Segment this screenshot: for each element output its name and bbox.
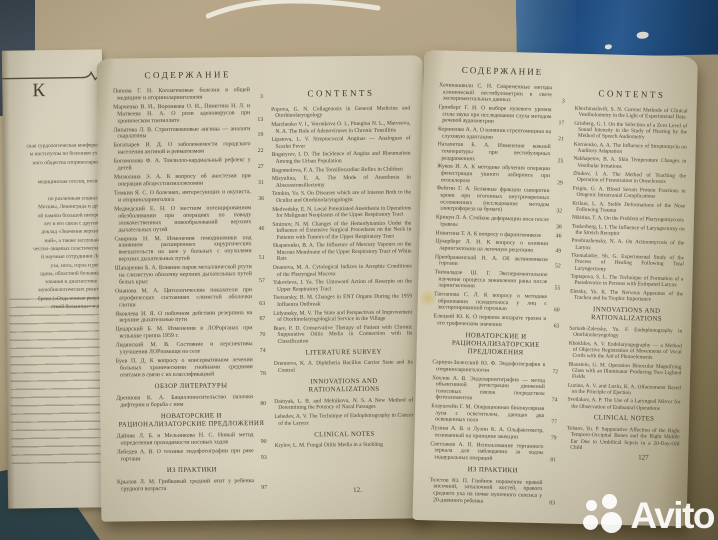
toc-entry: Popova, G. N. Collagenosis in General Me… (271, 105, 411, 119)
toc-entry: Svetlakov, A. P. The Use of a Laryngeal … (567, 397, 681, 412)
toc-entry: Buev, P. D. Conservative Therapy of Pati… (273, 324, 413, 345)
toc-entry-page: 25 (558, 158, 564, 165)
right-russian-toc: Хечинашвили С. Н. Современные методы кли… (429, 82, 565, 506)
paint-speck (605, 44, 612, 49)
toc-entry: Krikun, L. A. Stable Deformations of the… (572, 200, 686, 215)
toc-entry-title: Гринберг Г. И. О выборе нулевого уровня … (439, 104, 552, 125)
avito-wordmark: Avito (630, 497, 714, 534)
toc-entry-title: Хечинашвили С. Н. Современные методы кли… (439, 82, 552, 103)
toc-entry-title: Marchenko V. I., Voronkova O. I., Pinegi… (271, 121, 410, 135)
toc-entry-title: Drennova, K. A. Diphtheria Bacillus Carr… (274, 360, 413, 374)
toc-entry-page: 63 (554, 323, 560, 330)
toc-entry-title: Блауштейн Г. М. Операционная бинокулярна… (431, 404, 544, 424)
toc-entry: Буев П. Д. К вопросу о консервативном ле… (116, 357, 266, 379)
toc-entry-page: 29 (557, 180, 563, 187)
left-english-toc: Popova, G. N. Collagenosis in General Me… (271, 105, 415, 449)
background-text-fragment: ного общества оториноларин- (2, 158, 102, 168)
toc-entry-title: Preobrazhensky, N. A. On Actinomycosis o… (571, 238, 684, 251)
toc-entry: Лузина А. В. и Лузин К. А. Ольфактометр,… (431, 426, 557, 442)
toc-entry-title: Нахапетов Б. А. Изменения кожной темпера… (438, 142, 551, 162)
toc-entry-page: 22 (258, 148, 264, 155)
toc-entry-page: 63 (259, 300, 265, 307)
toc-entry-title: Дайняк Л. Б. и Мельникова Н. С. Новый ме… (117, 432, 254, 446)
toc-entry: Светлаков А. П. Использование гортанного… (430, 441, 556, 464)
toc-entry-title: Smirnov, N. M. Changes of the Hemodynami… (272, 220, 411, 240)
toc-entry: Дайняк Л. Б. и Мельникова Н. С. Новый ме… (117, 432, 267, 447)
toc-entry-title: Липатова Л. В. Стрептококковые ангины — … (113, 126, 250, 140)
toc-entry: Tolstov, Yu. P. Suppurative Affection of… (566, 426, 681, 454)
toc-entry-title: Буев П. Д. К вопросу о консервативном ле… (116, 357, 253, 378)
toc-entry-title: Temkin, Ya. S. On Diseases which are of … (272, 190, 411, 204)
toc-entry-title: Онанова М. А. Цитологические показатели … (115, 287, 252, 308)
toc-entry-title: Таптапова С. Л. К вопросу о методике обр… (434, 291, 547, 312)
toc-entry: Лебедев А. В. О технике эндофотографии п… (117, 448, 267, 463)
toc-section-header: INNOVATIONS AND RATIONALIZATIONS (274, 377, 414, 395)
left-russian-title: СОДЕРЖАНИЕ (113, 69, 263, 81)
toc-entry: Темкин Я. С. О болезнях, интересующих и … (114, 189, 264, 204)
toc-entry: Богатырев И. Д. О заболеваемости городск… (113, 141, 263, 156)
toc-entry-title: Лебедев А. В. О технике эндофотографии п… (117, 448, 254, 462)
toc-entry: Khechinashvili, S. N. Current Methods of… (574, 106, 688, 121)
toc-entry-title: Mizyulina, E. A. The Mode of Anesthesia … (272, 175, 411, 189)
toc-entry-title: Дреннова К. А. Бациллоносительство палоч… (116, 394, 253, 408)
toc-entry-title: Nakhapetov, B. A. Skin Temperature Chang… (573, 156, 686, 169)
background-text-fragment: медицинская сессия, посвя- (2, 177, 102, 187)
toc-section-header: INNOVATIONS AND RATIONALIZATIONS (569, 306, 683, 325)
toc-entry-page: 17 (558, 121, 564, 128)
toc-entry-page: 79 (551, 435, 557, 442)
left-page-english-column: CONTENTS Popova, G. N. Collagenosis in G… (271, 87, 415, 512)
toc-entry: Крикун Л. А. Стойкие деформации носа пос… (436, 214, 562, 230)
toc-entry-title: Крикун Л. А. Стойкие деформации носа пос… (436, 214, 549, 227)
toc-entry: Nikitina, T. A. On the Problem of Pharyn… (572, 215, 686, 224)
toc-entry: Корниенко А. А. О влиянии стрептомицина … (438, 126, 564, 142)
toc-entry: Шапаренко Б. А. Влияние паров металличес… (115, 264, 265, 286)
toc-entry: Tsukerberg, L. I. The Influence of Laryn… (572, 223, 686, 238)
toc-entry-title: Сариуш-Залесский Ю. Ф. Эндофотография в … (432, 360, 545, 374)
right-page-english-column: CONTENTS Khechinashvili, S. N. Current M… (565, 88, 689, 517)
toc-entry-page: 77 (551, 420, 557, 427)
toc-section-header: ИЗ ПРАКТИКИ (117, 466, 267, 476)
toc-entry-page: 74 (260, 348, 266, 355)
toc-entry-page: 46 (258, 225, 264, 232)
toc-entry: Липатова Л. В. Стрептококковые ангины — … (113, 126, 263, 141)
toc-entry-title: Ткемаладзе Ш. Г. Экспериментальное изуче… (434, 269, 547, 289)
toc-entry: Марченко В. И., Воронкова О. И., Пинегин… (113, 103, 263, 125)
toc-entry-title: Krylov, L. M. Fungal Otitis Media in a S… (275, 442, 383, 449)
toc-entry: Сариуш-Залесский Ю. Ф. Эндофотография в … (432, 360, 558, 376)
toc-entry-page: 78 (260, 371, 266, 378)
toc-entry: Tkemaladze, Sh. G. Experimental Study of… (571, 253, 685, 275)
toc-entry-title: Tsetsarsky, B. M. Changes in ENT Organs … (273, 294, 412, 308)
toc-entry-page: 83 (549, 500, 555, 507)
toc-entry: Елецкий Ю. К. О нервном аппарате трахеи … (433, 313, 559, 329)
toc-entry: Blaustein, G. M. Operation Binocular Mag… (568, 361, 682, 383)
toc-entry-title: Feigin, G. A. Blood Serum Protein Fracti… (573, 186, 686, 200)
toc-entry: Смирнов Н. М. Изменения гемодинамики под… (114, 235, 264, 264)
toc-entry: Dainyak, L. B. and Melnikova, N. S. A Ne… (274, 397, 414, 411)
toc-entry: Яковлева И. Я. О побочном действии резер… (115, 309, 265, 324)
toc-entry-page: 93 (261, 455, 267, 462)
toc-entry-title: Shaparenko, B. A. The Influence of Mercu… (273, 242, 412, 262)
toc-entry: Yakovleva, I. Ya. The Untoward Action of… (273, 279, 413, 293)
toc-entry-title: Мизюлина Э. А. К вопросу об анестезии пр… (114, 173, 251, 187)
toc-entry: Nakhapetov, B. A. Skin Temperature Chang… (573, 156, 687, 171)
toc-entry: Sariush-Zalessky, Yu. F. Endophotography… (569, 326, 683, 341)
toc-entry: Лидянский М. В. Состояние и перспективы … (116, 341, 266, 356)
toc-entry-title: Zhukov, I. A. The Method of Teaching the… (573, 171, 686, 186)
toc-entry-title: Богатырев И. Д. О заболеваемости городск… (113, 142, 250, 156)
toc-entry: Lipatova, L. V. Streptococcal Anginas — … (271, 136, 411, 150)
toc-entry-page: 27 (258, 164, 264, 171)
toc-entry: Крылов Л. М. Грибковый средний отит у ре… (117, 478, 267, 493)
toc-entry-page: 31 (258, 180, 264, 187)
toc-entry: Feigin, G. A. Blood Serum Protein Fracti… (572, 186, 686, 201)
toc-entry: Eletsky, Yu. K. The Nervous Apparatus of… (570, 289, 684, 304)
right-russian-title: СОДЕРЖАНИЕ (439, 64, 565, 77)
toc-entry-title: Елецкий Ю. К. О нервном аппарате трахеи … (433, 313, 546, 327)
illegible-text-lines (9, 297, 103, 466)
right-english-toc: Khechinashvili, S. N. Current Methods of… (566, 106, 688, 454)
toc-entry-page: 72 (552, 369, 558, 376)
toc-section-header: НОВАТОРСКИЕ И РАЦИОНАЛИЗАТОРСКИЕ ПРЕДЛОЖ… (433, 331, 560, 359)
toc-entry-title: Tolstov, Yu. P. Suppurative Affection of… (567, 426, 680, 451)
left-page-russian-column: СОДЕРЖАНИЕ Попова Г. Н. Коллагеновые бол… (113, 69, 268, 513)
toc-section-header: НОВАТОРСКИЕ И РАЦИОНАЛИЗАТОРСКИЕ ПРЕДЛОЖ… (116, 412, 266, 430)
toc-entry-page: 81 (550, 457, 556, 464)
toc-section-header: CLINICAL NOTES (274, 430, 414, 440)
avito-watermark: Avito (583, 494, 714, 536)
toc-entry-page: 97 (261, 485, 267, 492)
toc-entry: Попова Г. Н. Коллагеновые болезни в обще… (113, 87, 263, 102)
toc-entry: Lebedev, A. V. The Technique of Endophot… (274, 413, 414, 427)
right-page-russian-column: СОДЕРЖАНИЕ Хечинашвили С. Н. Современные… (429, 64, 566, 513)
toc-entry-title: Преображенский Н. А. Об актиномикозе гор… (435, 254, 548, 267)
background-page-edge: К А ская сурдологическая конферен-м инст… (2, 49, 108, 508)
toc-entry-title: Марченко В. И., Воронкова О. И., Пинегин… (113, 103, 250, 124)
toc-entry-title: Tkemaladze, Sh. G. Experimental Study of… (571, 253, 684, 272)
toc-entry-title: Темкин Я. С. О болезнях, интересующих и … (114, 189, 251, 203)
toc-entry-title: Lebedev, A. V. The Technique of Endophot… (274, 413, 413, 427)
right-page-number: 127 (638, 453, 649, 461)
toc-entry: Smirnov, N. M. Changes of the Hemodynami… (272, 220, 412, 241)
toc-entry-page: 3 (562, 99, 565, 106)
toc-entry-title: Лузина А. В. и Лузин К. А. Ольфактометр,… (431, 426, 544, 441)
toc-entry: Хечинашвили С. Н. Современные методы кли… (439, 82, 565, 105)
toc-entry: Marchenko V. I., Voronkova O. I., Pinegi… (271, 121, 411, 135)
toc-entry-title: Nikitina, T. A. On the Problem of Pharyn… (572, 215, 684, 224)
toc-entry-title: Krikun, L. A. Stable Deformations of the… (572, 200, 685, 213)
right-journal-page: СОДЕРЖАНИЕ Хечинашвили С. Н. Современные… (413, 50, 698, 527)
toc-entry: Цецарский Б. М. Изменения в ЛОРорганах п… (115, 325, 265, 340)
toc-entry-title: Bogatyrev, I. D. The Incidence of Angina… (272, 151, 411, 165)
toc-section-header: CLINICAL NOTES (567, 414, 681, 425)
toc-entry-page: 32 (556, 209, 562, 216)
toc-entry-title: Смирнов Н. М. Изменения гемодинамики под… (114, 235, 251, 263)
toc-entry-page: 3 (260, 94, 263, 101)
toc-entry-title: Цукерберг Л. И. К вопросу о влиянии лари… (435, 239, 548, 254)
toc-entry: Богомолова Ф. А. Тонзилло-кардиальный ре… (114, 157, 264, 172)
toc-entry: Дреннова К. А. Бациллоносительство палоч… (116, 394, 266, 409)
toc-entry-title: Sariush-Zalessky, Yu. F. Endophotography… (569, 326, 682, 339)
toc-entry-title: Blaustein, G. M. Operation Binocular Mag… (568, 361, 681, 380)
toc-entry-page: 55 (554, 286, 560, 293)
left-russian-toc: Попова Г. Н. Коллагеновые болезни в обще… (113, 87, 267, 493)
left-journal-page: СОДЕРЖАНИЕ Попова Г. Н. Коллагеновые бол… (97, 55, 428, 521)
toc-entry-title: Kornienko, A. A. The Influence of Strept… (574, 141, 687, 154)
toc-entry: Luzina, A. V. and Luzin, K. A. Olfactome… (568, 382, 682, 397)
toc-entry-title: Крылов Л. М. Грибковый средний отит у ре… (117, 478, 254, 492)
paint-speck (637, 32, 649, 39)
toc-entry-page: 80 (260, 401, 266, 408)
toc-entry: Zhukov, I. A. The Method of Teaching the… (573, 171, 687, 186)
toc-entry-title: Dainyak, L. B. and Melnikova, N. S. A Ne… (274, 397, 413, 411)
right-english-title: CONTENTS (575, 88, 689, 101)
toc-entry-title: Шапаренко Б. А. Влияние паров металличес… (115, 264, 252, 285)
toc-entry-page: 52 (555, 264, 561, 271)
toc-section-header: ОБЗОР ЛИТЕРАТУРЫ (116, 382, 266, 392)
toc-entry: Хохлов А. В. Эндоларингография — метод о… (431, 375, 558, 405)
toc-entry: Мизюлина Э. А. К вопросу об анестезии пр… (114, 173, 264, 188)
toc-entry-page: 67 (259, 316, 265, 323)
toc-entry-title: Svetlakov, A. P. The Use of a Laryngeal … (567, 397, 680, 412)
toc-entry: Цукерберг Л. И. К вопросу о влиянии лари… (435, 239, 561, 255)
toc-entry-title: Eletsky, Yu. K. The Nervous Apparatus of… (570, 289, 683, 303)
toc-entry-title: Медведский Е. Н. О местном потенцированн… (114, 205, 251, 233)
toc-entry-title: Светлаков А. П. Использование гортанного… (430, 441, 543, 462)
white-cord-object (206, 0, 381, 20)
toc-entry: Жуков И. А. К методике обучения операции… (437, 164, 563, 187)
toc-entry: Temkin, Ya. S. On Diseases which are of … (272, 190, 412, 204)
toc-entry-title: Khechinashvili, S. N. Current Methods of… (575, 106, 688, 121)
toc-entry-page: 70 (260, 332, 266, 339)
toc-entry: Mizyulina, E. A. The Mode of Anesthesia … (272, 175, 412, 189)
toc-entry-title: Жуков И. А. К методике обучения операции… (437, 164, 550, 184)
toc-entry-title: Никитина Т. А. К вопросу о фарингомикозе (435, 230, 541, 239)
toc-entry-page: 51 (259, 255, 265, 262)
toc-entry-title: Lipatova, L. V. Streptococcal Anginas — … (271, 136, 410, 150)
left-page-number: 12. (353, 486, 362, 494)
toc-entry-title: Яковлева И. Я. О побочном действии резер… (115, 310, 252, 324)
toc-entry: Onanova, M. A. Cytological Indices in At… (273, 263, 413, 277)
toc-entry: Drennova, K. A. Diphtheria Bacillus Carr… (274, 360, 414, 374)
toc-entry-page: 19 (257, 132, 263, 139)
toc-entry-title: Popova, G. N. Collagenosis in General Me… (271, 105, 410, 119)
toc-entry-title: Taptapova, S. L. The Technique of Format… (570, 274, 683, 289)
toc-entry-page: 57 (259, 278, 265, 285)
toc-entry-title: Lidyansky, M. V. The State and Perspecti… (273, 309, 412, 323)
toc-entry-title: Khokhlov, A. V. Endolaryngography — a Me… (569, 340, 682, 361)
toc-entry: Онанова М. А. Цитологические показатели … (115, 287, 265, 309)
toc-entry: Khokhlov, A. V. Endolaryngography — a Me… (568, 340, 682, 362)
toc-entry-page: 90 (261, 439, 267, 446)
left-english-title: CONTENTS (271, 87, 411, 98)
toc-entry: Нахапетов Б. А. Изменения кожной темпера… (437, 142, 563, 165)
blue-highlight (516, 0, 577, 58)
avito-logo-icon (583, 494, 623, 536)
toc-entry: Ткемаладзе Ш. Г. Экспериментальное изуче… (434, 269, 560, 292)
toc-entry-page: 38 (556, 224, 562, 231)
toc-section-header: ИЗ ПРАКТИКИ (430, 465, 556, 476)
toc-entry: Bogatyrev, I. D. The Incidence of Angina… (272, 151, 412, 165)
toc-entry-title: Onanova, M. A. Cytological Indices in At… (273, 263, 412, 277)
toc-entry-title: Богомолова Ф. А. Тонзилло-кардиальный ре… (114, 157, 251, 171)
toc-entry-title: Цецарский Б. М. Изменения в ЛОРорганах п… (115, 326, 252, 340)
toc-entry-page: 21 (558, 136, 564, 143)
toc-entry: Преображенский Н. А. Об актиномикозе гор… (435, 254, 561, 270)
toc-entry-title: Yakovleva, I. Ya. The Untoward Action of… (273, 279, 412, 293)
toc-entry-title: Bogomolova, F. A. The Tonsillocardiac Re… (272, 166, 403, 173)
toc-entry: Kornienko, A. A. The Influence of Strept… (574, 141, 688, 156)
toc-entry: Медведский Е. Н. О местном потенцированн… (114, 205, 264, 234)
toc-section-header: LITERATURE SURVEY (274, 348, 414, 358)
toc-entry: Гринберг Г. И. О выборе нулевого уровня … (438, 104, 564, 127)
toc-entry-title: Фейгин Г. А. Белковые фракции сыворотки … (437, 186, 550, 213)
toc-entry-title: Попова Г. Н. Коллагеновые болезни в обще… (113, 87, 250, 101)
toc-entry: Таптапова С. Л. К вопросу о методике обр… (434, 291, 560, 314)
toc-entry: Shaparenko, B. A. The Influence of Mercu… (273, 242, 413, 263)
toc-entry-page: 74 (552, 398, 558, 405)
toc-entry-title: Толстов Ю. П. Гнойное поражение правой в… (429, 477, 542, 504)
toc-entry-title: Tsukerberg, L. I. The Influence of Laryn… (572, 223, 685, 236)
toc-entry-page: 49 (555, 248, 561, 255)
toc-entry: Толстов Ю. П. Гнойное поражение правой в… (429, 477, 556, 507)
toc-entry-title: Корниенко А. А. О влиянии стрептомицина … (438, 126, 551, 140)
toc-entry-title: Buev, P. D. Conservative Therapy of Pati… (273, 324, 412, 344)
toc-entry-title: Хохлов А. В. Эндоларингография — метод о… (432, 375, 545, 402)
toc-entry: Блауштейн Г. М. Операционная бинокулярна… (431, 404, 557, 427)
toc-entry: Фейгин Г. А. Белковые фракции сыворотки … (436, 186, 563, 216)
toc-entry-page: 46 (556, 233, 562, 240)
toc-entry: Grinberg, G. I. On the Selection of a Ze… (574, 120, 688, 142)
toc-entry: Tsetsarsky, B. M. Changes in ENT Organs … (273, 294, 413, 308)
toc-entry: Medvedsky, E. N. Local Potentiated Anest… (272, 205, 412, 219)
toc-entry: Preobrazhensky, N. A. On Actinomycosis o… (571, 238, 685, 253)
toc-entry: Krylov, L. M. Fungal Otitis Media in a S… (275, 442, 415, 450)
background-text-fragments: ская сурдологическая конферен-м институт… (2, 141, 104, 312)
blue-book-object (516, 0, 718, 58)
toc-entry-title: Luzina, A. V. and Luzin, K. A. Olfactome… (568, 382, 681, 396)
toc-entry-page: 13 (257, 117, 263, 124)
toc-entry-title: Grinberg, G. I. On the Selection of a Ze… (574, 120, 687, 140)
toc-entry-title: Лидянский М. В. Состояние и перспективы … (116, 341, 253, 355)
toc-entry: Taptapova, S. L. The Technique of Format… (570, 274, 684, 289)
toc-entry: Bogomolova, F. A. The Tonsillocardiac Re… (272, 166, 412, 174)
toc-entry: Lidyansky, M. V. The State and Perspecti… (273, 309, 413, 323)
toc-entry-page: 60 (554, 308, 560, 315)
toc-entry-title: Medvedsky, E. N. Local Potentiated Anest… (272, 205, 411, 219)
toc-entry-page: 36 (258, 196, 264, 203)
